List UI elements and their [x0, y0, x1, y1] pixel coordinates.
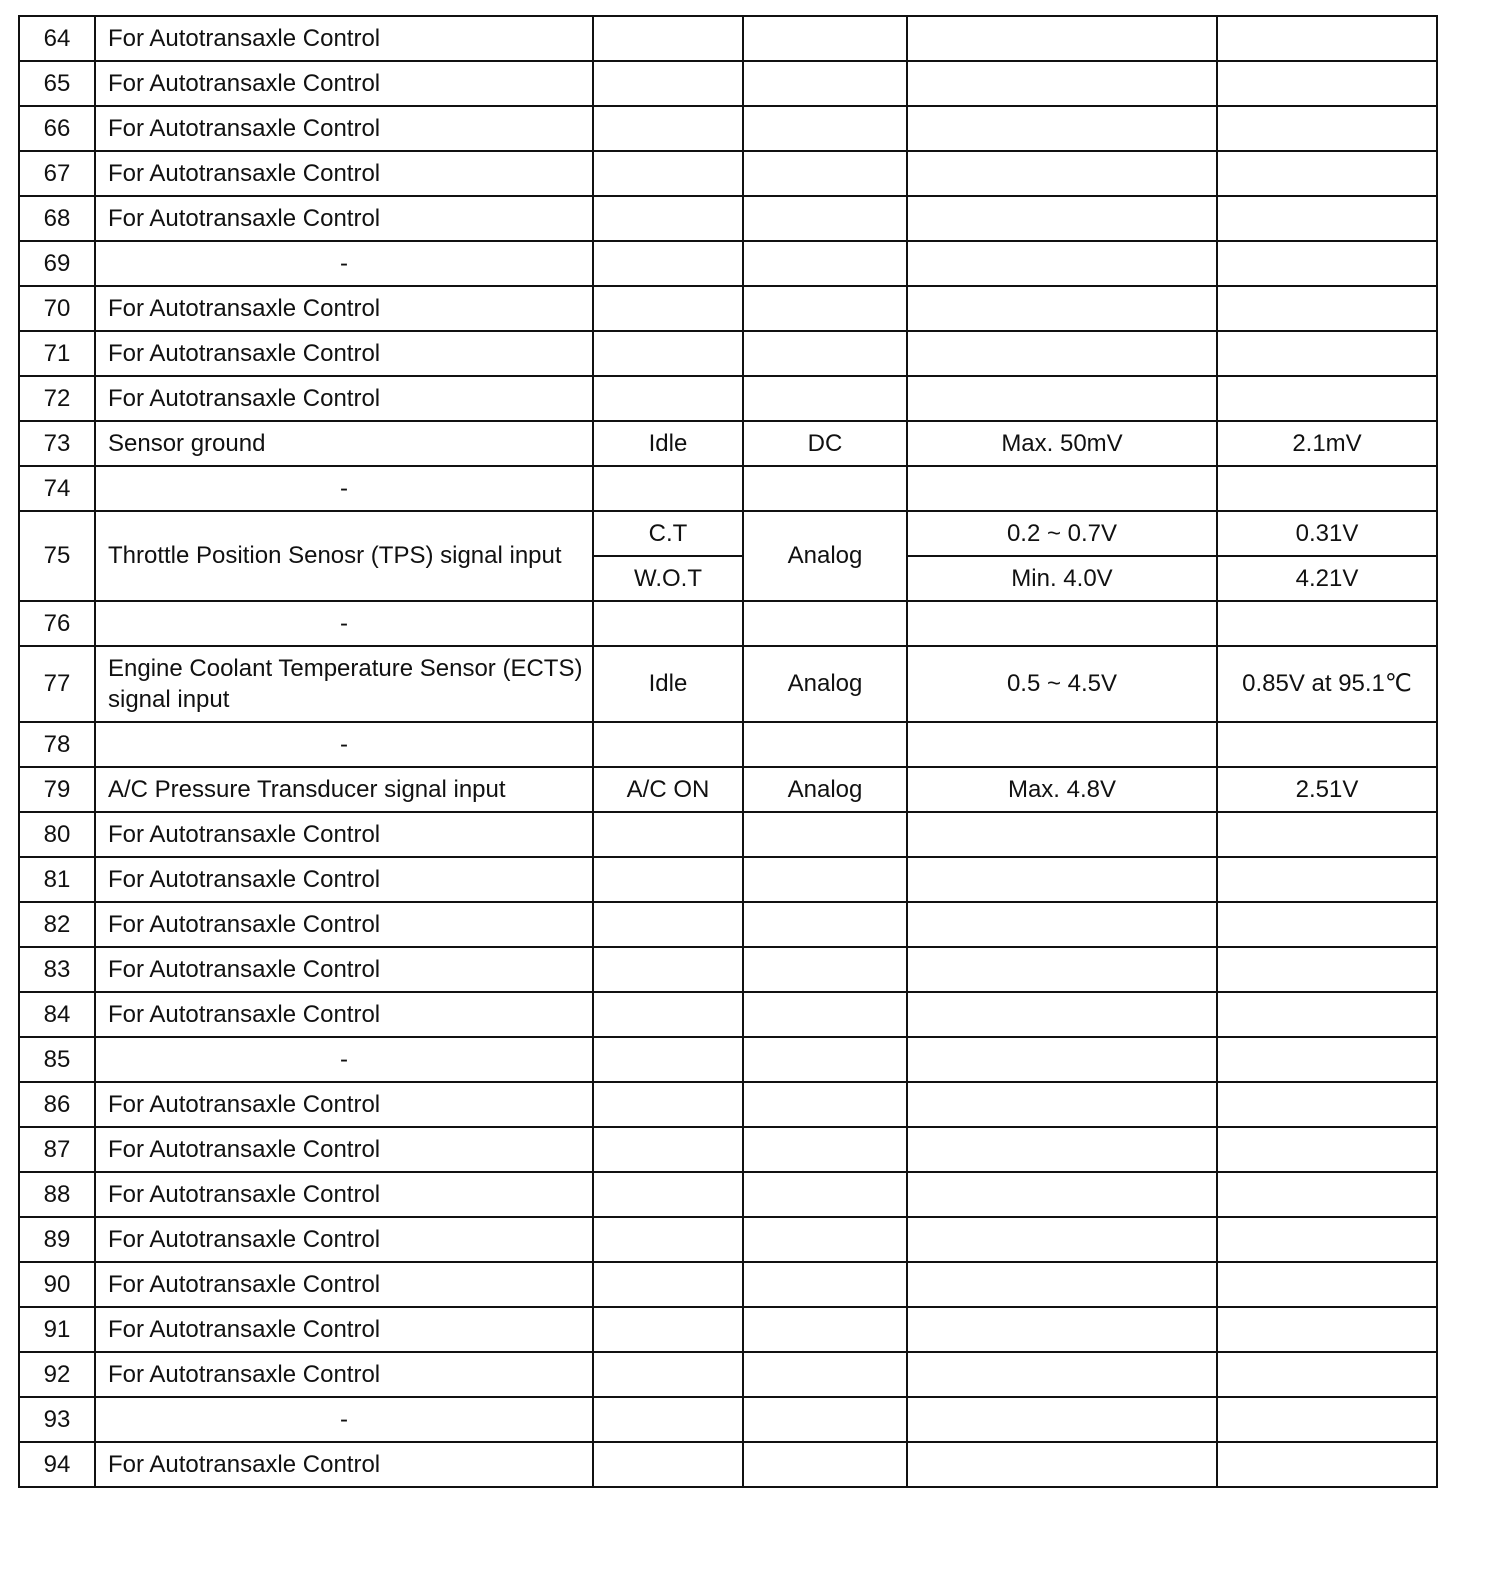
spec-cell [907, 376, 1217, 421]
condition-cell [593, 1082, 743, 1127]
measured-value-cell [1217, 1172, 1437, 1217]
pin-number: 67 [19, 151, 95, 196]
signal-type-cell [743, 947, 907, 992]
spec-cell: Max. 50mV [907, 421, 1217, 466]
table-row: 80For Autotransaxle Control [19, 812, 1437, 857]
pin-number: 87 [19, 1127, 95, 1172]
pin-number: 81 [19, 857, 95, 902]
signal-type-cell [743, 376, 907, 421]
measured-value-cell [1217, 947, 1437, 992]
signal-type-cell [743, 1172, 907, 1217]
measured-value-cell [1217, 1127, 1437, 1172]
pin-number: 93 [19, 1397, 95, 1442]
condition-cell [593, 992, 743, 1037]
table-row: 92For Autotransaxle Control [19, 1352, 1437, 1397]
spec-cell [907, 1082, 1217, 1127]
measured-value-cell [1217, 1442, 1437, 1487]
pin-number: 84 [19, 992, 95, 1037]
signal-type-cell: Analog [743, 646, 907, 722]
condition-cell [593, 16, 743, 61]
condition-cell: C.T [593, 511, 743, 556]
spec-cell [907, 196, 1217, 241]
condition-cell [593, 1037, 743, 1082]
table-row: 64For Autotransaxle Control [19, 16, 1437, 61]
signal-type-cell [743, 61, 907, 106]
spec-cell [907, 331, 1217, 376]
measured-value-cell [1217, 1037, 1437, 1082]
signal-type-cell [743, 16, 907, 61]
condition-cell [593, 947, 743, 992]
table-row: 93- [19, 1397, 1437, 1442]
spec-cell [907, 466, 1217, 511]
signal-type-cell [743, 286, 907, 331]
pin-number: 72 [19, 376, 95, 421]
table-row: 82For Autotransaxle Control [19, 902, 1437, 947]
pin-description: - [95, 1037, 593, 1082]
measured-value-cell [1217, 466, 1437, 511]
pin-number: 65 [19, 61, 95, 106]
spec-cell: 0.5 ~ 4.5V [907, 646, 1217, 722]
pin-number: 94 [19, 1442, 95, 1487]
table-row: 91For Autotransaxle Control [19, 1307, 1437, 1352]
condition-cell: W.O.T [593, 556, 743, 601]
signal-type-cell [743, 902, 907, 947]
condition-cell [593, 196, 743, 241]
signal-type-cell [743, 151, 907, 196]
spec-cell [907, 722, 1217, 767]
pin-number: 64 [19, 16, 95, 61]
spec-cell [907, 241, 1217, 286]
measured-value-cell [1217, 1217, 1437, 1262]
measured-value-cell [1217, 857, 1437, 902]
pin-number: 74 [19, 466, 95, 511]
spec-cell [907, 1397, 1217, 1442]
pin-description: For Autotransaxle Control [95, 902, 593, 947]
table-row: 70For Autotransaxle Control [19, 286, 1437, 331]
spec-cell [907, 61, 1217, 106]
measured-value-cell [1217, 376, 1437, 421]
spec-cell [907, 106, 1217, 151]
pin-number: 88 [19, 1172, 95, 1217]
condition-cell [593, 61, 743, 106]
table-row: 87For Autotransaxle Control [19, 1127, 1437, 1172]
pin-number: 70 [19, 286, 95, 331]
table-row: 73Sensor groundIdleDCMax. 50mV2.1mV [19, 421, 1437, 466]
condition-cell [593, 1397, 743, 1442]
signal-type-cell [743, 601, 907, 646]
signal-type-cell [743, 331, 907, 376]
table-row: 66For Autotransaxle Control [19, 106, 1437, 151]
measured-value-cell [1217, 106, 1437, 151]
spec-cell [907, 902, 1217, 947]
condition-cell [593, 1172, 743, 1217]
condition-cell [593, 286, 743, 331]
condition-cell: Idle [593, 646, 743, 722]
table-row: 86For Autotransaxle Control [19, 1082, 1437, 1127]
pin-description: Engine Coolant Temperature Sensor (ECTS)… [95, 646, 593, 722]
signal-type-cell [743, 812, 907, 857]
pin-spec-table: 64For Autotransaxle Control65For Autotra… [18, 15, 1438, 1488]
condition-cell [593, 1262, 743, 1307]
condition-cell [593, 376, 743, 421]
pin-description: For Autotransaxle Control [95, 106, 593, 151]
signal-type-cell [743, 992, 907, 1037]
measured-value-cell [1217, 902, 1437, 947]
pin-description: For Autotransaxle Control [95, 196, 593, 241]
signal-type-cell [743, 466, 907, 511]
measured-value-cell [1217, 196, 1437, 241]
signal-type-cell [743, 1397, 907, 1442]
pin-number: 85 [19, 1037, 95, 1082]
measured-value-cell [1217, 61, 1437, 106]
condition-cell [593, 722, 743, 767]
pin-number: 68 [19, 196, 95, 241]
pin-number: 66 [19, 106, 95, 151]
table-row: 69- [19, 241, 1437, 286]
table-row: 89For Autotransaxle Control [19, 1217, 1437, 1262]
spec-cell: Max. 4.8V [907, 767, 1217, 812]
pin-description: For Autotransaxle Control [95, 151, 593, 196]
pin-description: A/C Pressure Transducer signal input [95, 767, 593, 812]
spec-cell [907, 992, 1217, 1037]
signal-type-cell [743, 196, 907, 241]
condition-cell [593, 1127, 743, 1172]
table-row: 67For Autotransaxle Control [19, 151, 1437, 196]
condition-cell [593, 902, 743, 947]
pin-description: For Autotransaxle Control [95, 376, 593, 421]
signal-type-cell [743, 1262, 907, 1307]
table-row: 90For Autotransaxle Control [19, 1262, 1437, 1307]
signal-type-cell [743, 1442, 907, 1487]
condition-cell [593, 857, 743, 902]
measured-value-cell [1217, 992, 1437, 1037]
pin-description: For Autotransaxle Control [95, 947, 593, 992]
measured-value-cell: 0.31V [1217, 511, 1437, 556]
table-row: 77Engine Coolant Temperature Sensor (ECT… [19, 646, 1437, 722]
spec-cell [907, 1352, 1217, 1397]
signal-type-cell: Analog [743, 767, 907, 812]
pin-number: 69 [19, 241, 95, 286]
pin-number: 90 [19, 1262, 95, 1307]
spec-cell [907, 857, 1217, 902]
pin-description: - [95, 601, 593, 646]
condition-cell [593, 1352, 743, 1397]
measured-value-cell: 2.51V [1217, 767, 1437, 812]
measured-value-cell [1217, 1262, 1437, 1307]
table-row: 71For Autotransaxle Control [19, 331, 1437, 376]
pin-description: For Autotransaxle Control [95, 992, 593, 1037]
signal-type-cell [743, 1217, 907, 1262]
condition-cell [593, 106, 743, 151]
measured-value-cell [1217, 286, 1437, 331]
pin-description: For Autotransaxle Control [95, 61, 593, 106]
measured-value-cell [1217, 812, 1437, 857]
pin-number: 78 [19, 722, 95, 767]
measured-value-cell: 4.21V [1217, 556, 1437, 601]
pin-description: For Autotransaxle Control [95, 1127, 593, 1172]
spec-cell [907, 601, 1217, 646]
pin-number: 92 [19, 1352, 95, 1397]
pin-number: 80 [19, 812, 95, 857]
condition-cell: Idle [593, 421, 743, 466]
measured-value-cell [1217, 151, 1437, 196]
signal-type-cell: DC [743, 421, 907, 466]
measured-value-cell [1217, 1082, 1437, 1127]
measured-value-cell [1217, 722, 1437, 767]
spec-cell [907, 1262, 1217, 1307]
pin-description: - [95, 466, 593, 511]
pin-description: For Autotransaxle Control [95, 1217, 593, 1262]
spec-cell [907, 1217, 1217, 1262]
spec-cell [907, 16, 1217, 61]
table-row: 76- [19, 601, 1437, 646]
spec-cell: 0.2 ~ 0.7V [907, 511, 1217, 556]
table-row: 65For Autotransaxle Control [19, 61, 1437, 106]
pin-description: For Autotransaxle Control [95, 1172, 593, 1217]
signal-type-cell [743, 1082, 907, 1127]
table-row: 85- [19, 1037, 1437, 1082]
spec-cell [907, 1037, 1217, 1082]
pin-description: For Autotransaxle Control [95, 331, 593, 376]
table-row: 84For Autotransaxle Control [19, 992, 1437, 1037]
table-row: 78- [19, 722, 1437, 767]
pin-description: Sensor ground [95, 421, 593, 466]
spec-cell [907, 1307, 1217, 1352]
signal-type-cell [743, 1127, 907, 1172]
condition-cell [593, 466, 743, 511]
spec-cell [907, 812, 1217, 857]
signal-type-cell [743, 857, 907, 902]
spec-cell [907, 286, 1217, 331]
pin-number: 83 [19, 947, 95, 992]
pin-description: For Autotransaxle Control [95, 812, 593, 857]
condition-cell [593, 331, 743, 376]
signal-type-cell [743, 1352, 907, 1397]
condition-cell [593, 1217, 743, 1262]
pin-number: 71 [19, 331, 95, 376]
condition-cell [593, 812, 743, 857]
pin-number: 73 [19, 421, 95, 466]
signal-type-cell [743, 241, 907, 286]
pin-description: - [95, 1397, 593, 1442]
table-row: 74- [19, 466, 1437, 511]
pin-description: For Autotransaxle Control [95, 857, 593, 902]
pin-number: 77 [19, 646, 95, 722]
condition-cell [593, 241, 743, 286]
signal-type-cell [743, 722, 907, 767]
pin-description: - [95, 722, 593, 767]
table-row: 75Throttle Position Senosr (TPS) signal … [19, 511, 1437, 556]
table-row: 94For Autotransaxle Control [19, 1442, 1437, 1487]
pin-description: For Autotransaxle Control [95, 1082, 593, 1127]
pin-description: For Autotransaxle Control [95, 1307, 593, 1352]
pin-description: For Autotransaxle Control [95, 1262, 593, 1307]
pin-number: 89 [19, 1217, 95, 1262]
pin-number: 75 [19, 511, 95, 601]
measured-value-cell [1217, 1397, 1437, 1442]
table-row: 68For Autotransaxle Control [19, 196, 1437, 241]
pin-number: 79 [19, 767, 95, 812]
pin-number: 91 [19, 1307, 95, 1352]
condition-cell [593, 601, 743, 646]
table-row: 88For Autotransaxle Control [19, 1172, 1437, 1217]
signal-type-cell [743, 106, 907, 151]
condition-cell: A/C ON [593, 767, 743, 812]
measured-value-cell [1217, 331, 1437, 376]
signal-type-cell [743, 1307, 907, 1352]
spec-cell [907, 1442, 1217, 1487]
table-row: 72For Autotransaxle Control [19, 376, 1437, 421]
condition-cell [593, 1442, 743, 1487]
signal-type-cell [743, 1037, 907, 1082]
pin-description: For Autotransaxle Control [95, 286, 593, 331]
spec-cell [907, 1127, 1217, 1172]
measured-value-cell [1217, 1307, 1437, 1352]
pin-description: For Autotransaxle Control [95, 1442, 593, 1487]
pin-description: For Autotransaxle Control [95, 1352, 593, 1397]
spec-cell: Min. 4.0V [907, 556, 1217, 601]
condition-cell [593, 1307, 743, 1352]
spec-cell [907, 151, 1217, 196]
pin-number: 82 [19, 902, 95, 947]
measured-value-cell: 2.1mV [1217, 421, 1437, 466]
pin-description: Throttle Position Senosr (TPS) signal in… [95, 511, 593, 601]
table-row: 79A/C Pressure Transducer signal inputA/… [19, 767, 1437, 812]
spec-cell [907, 947, 1217, 992]
table-row: 83For Autotransaxle Control [19, 947, 1437, 992]
measured-value-cell [1217, 16, 1437, 61]
measured-value-cell [1217, 1352, 1437, 1397]
measured-value-cell: 0.85V at 95.1℃ [1217, 646, 1437, 722]
spec-cell [907, 1172, 1217, 1217]
measured-value-cell [1217, 601, 1437, 646]
pin-description: For Autotransaxle Control [95, 16, 593, 61]
table-row: 81For Autotransaxle Control [19, 857, 1437, 902]
pin-number: 86 [19, 1082, 95, 1127]
measured-value-cell [1217, 241, 1437, 286]
pin-number: 76 [19, 601, 95, 646]
signal-type-cell: Analog [743, 511, 907, 601]
pin-description: - [95, 241, 593, 286]
condition-cell [593, 151, 743, 196]
